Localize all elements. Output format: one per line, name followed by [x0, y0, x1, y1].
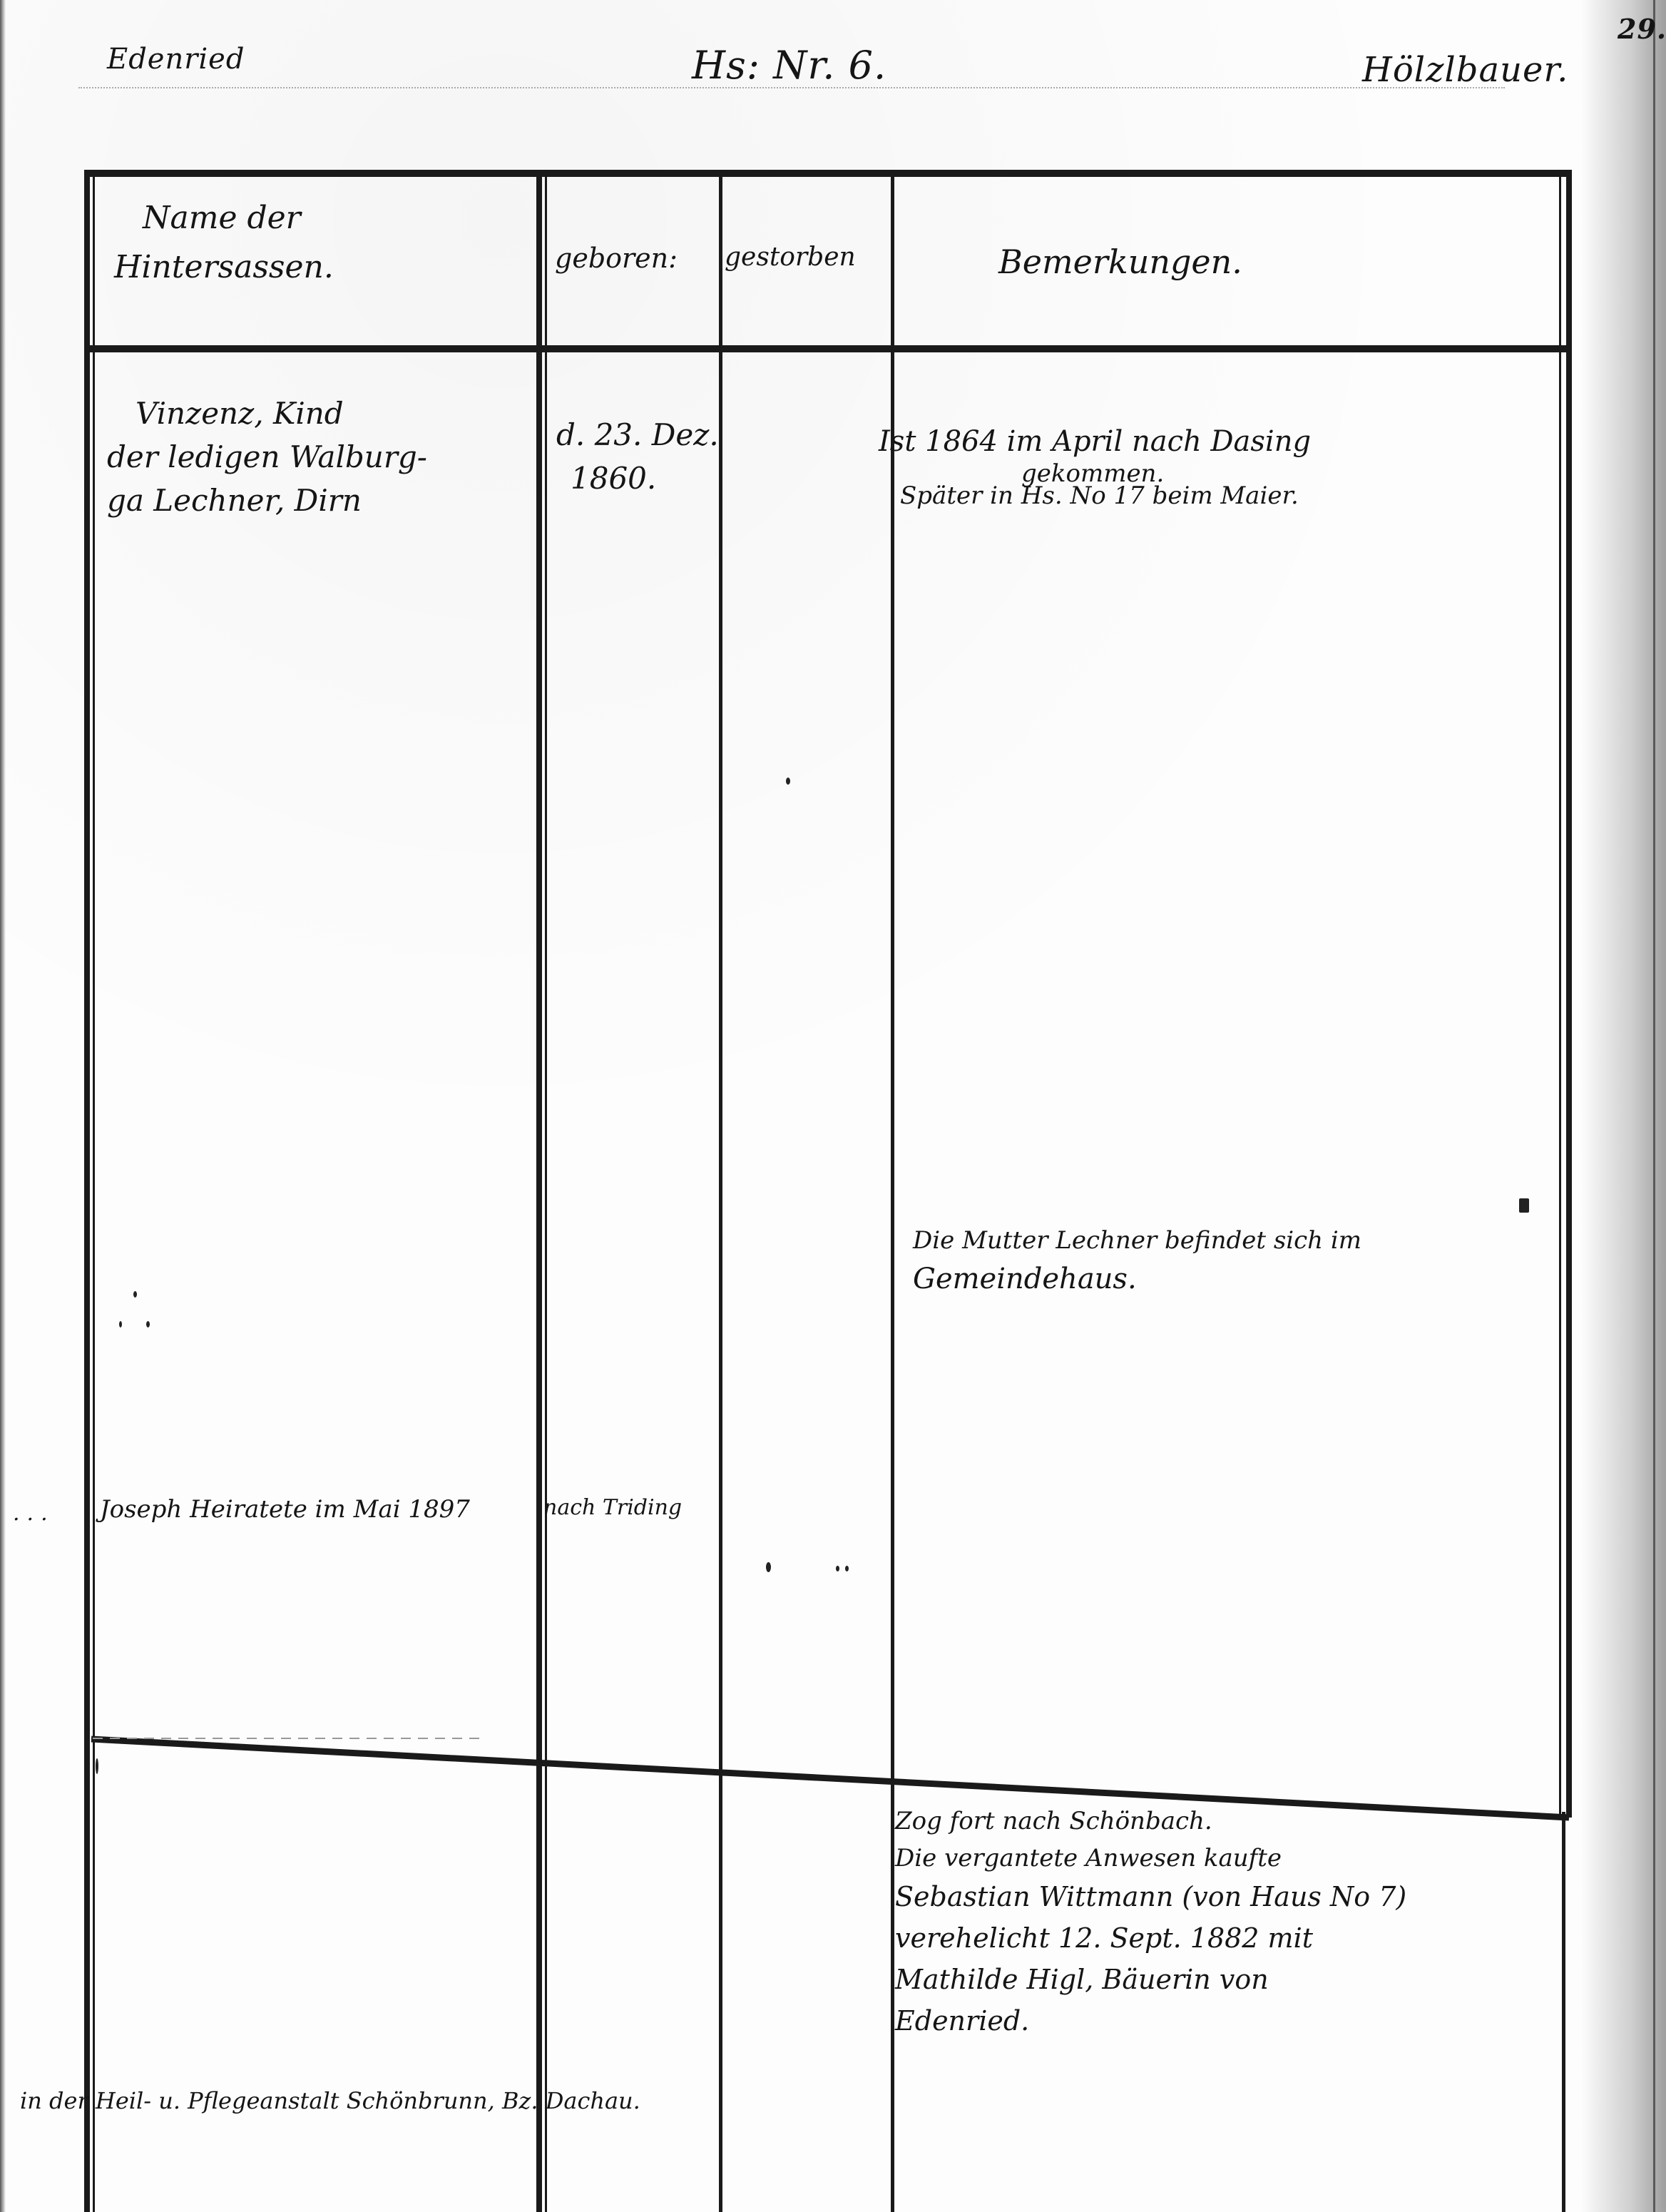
entry-2-remarks-line-2: Gemeindehaus.: [913, 1258, 1361, 1300]
column-header-died: gestorben: [725, 243, 856, 272]
ink-speck: [133, 1291, 137, 1298]
ink-speck: [766, 1562, 771, 1572]
entry-1-remarks-line-3: Später in Hs. No 17 beim Maier.: [900, 479, 1311, 514]
bottom-note-institution: in der Heil- u. Pflegeanstalt Schönbrunn…: [20, 2084, 640, 2117]
ledger-page: Edenried Hs: Nr. 6. Hölzlbauer. 29. Name…: [0, 0, 1666, 2212]
entry-1-name-line-3: ga Lechner, Dirn: [107, 479, 427, 523]
entry-3-name-note: Joseph Heiratete im Mai 1897: [100, 1492, 470, 1527]
diagonal-section-divider: [0, 0, 1666, 2212]
entry-1-born-year: 1860.: [571, 457, 719, 501]
entry-2-remarks-line-1: Die Mutter Lechner befindet sich im: [913, 1223, 1361, 1258]
lower-remarks-line-3: Sebastian Wittmann (von Haus No 7): [895, 1877, 1406, 1918]
lower-remarks-line-4: verehelicht 12. Sept. 1882 mit: [895, 1918, 1406, 1959]
entry-3-born-note: nach Triding: [543, 1492, 682, 1524]
entry-1-remarks: Ist 1864 im April nach Dasing gekommen. …: [879, 421, 1311, 514]
entry-1-born: d. 23. Dez. 1860.: [556, 414, 719, 501]
entry-1-name-line-2: der ledigen Walburg-: [107, 436, 427, 479]
ink-speck: [96, 1758, 98, 1774]
column-header-name-line1: Name der: [143, 200, 334, 236]
lower-remarks-line-5: Mathilde Higl, Bäuerin von: [895, 1959, 1406, 2001]
ink-speck: [1519, 1198, 1529, 1213]
ink-speck: [119, 1321, 122, 1327]
ink-speck: [836, 1566, 839, 1571]
ink-speck: [786, 778, 790, 785]
entry-1-born-day: d. 23. Dez.: [556, 414, 719, 457]
entry-1-name: Vinzenz, Kind der ledigen Walburg- ga Le…: [107, 392, 427, 523]
lower-section-remarks: Zog fort nach Schönbach. Die vergantete …: [895, 1803, 1406, 2042]
lower-remarks-line-1: Zog fort nach Schönbach.: [895, 1803, 1406, 1840]
entry-2-remarks: Die Mutter Lechner befindet sich im Geme…: [913, 1223, 1361, 1300]
lower-remarks-line-6: Edenried.: [895, 2001, 1406, 2042]
ink-speck: [146, 1321, 150, 1327]
entry-1-name-line-1: Vinzenz, Kind: [136, 392, 427, 436]
column-header-remarks: Bemerkungen.: [998, 243, 1242, 281]
lower-remarks-line-2: Die vergantete Anwesen kaufte: [895, 1840, 1406, 1877]
entry-3-margin-dots: ...: [13, 1498, 55, 1529]
column-header-name-line2: Hintersassen.: [114, 249, 334, 285]
ink-speck: [845, 1566, 849, 1571]
column-header-name: Name der Hintersassen.: [143, 200, 334, 285]
column-header-born: geboren:: [555, 243, 678, 274]
